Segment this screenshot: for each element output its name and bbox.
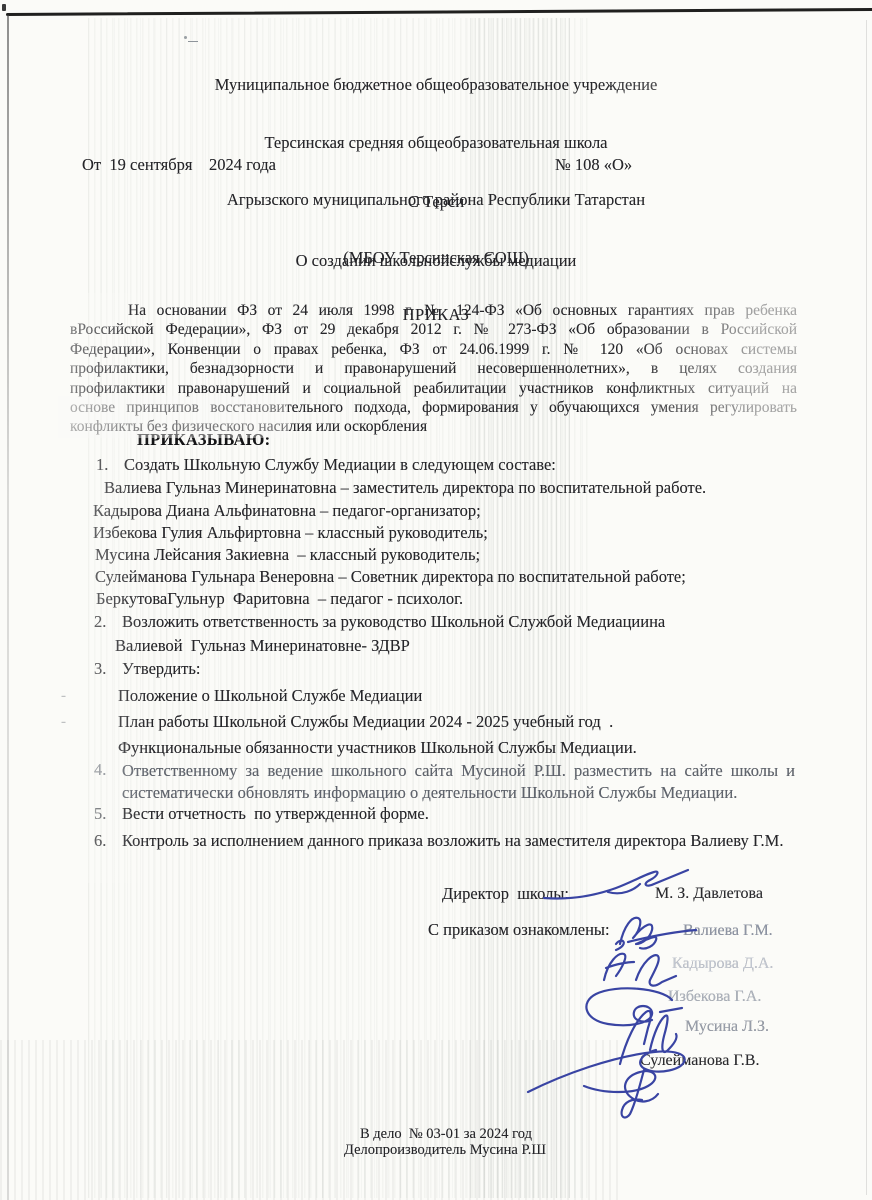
preamble-line: профилактики правонарушений и социальной…: [70, 379, 797, 398]
order-number: № 108 «О»: [555, 155, 632, 175]
item-number: 5.: [94, 804, 122, 824]
order-item-3-sub: Функциональные обязанности участников Шк…: [118, 738, 637, 758]
org-name-line-1: Муниципальное бюджетное общеобразователь…: [0, 74, 872, 96]
item-text: Контроль за исполнением данного приказа …: [122, 831, 783, 850]
order-item-3: 3.Утвердить:: [94, 659, 201, 679]
org-name-line-2: Терсинская средняя общеобразовательная ш…: [0, 132, 872, 154]
order-item-3-sub: Положение о Школьной Службе Медиации: [118, 686, 422, 706]
scan-corner-mark: [2, 4, 6, 11]
item-text: Создать Школьную Службу Медиации в следу…: [124, 455, 556, 474]
member-line: Избекова Гулия Альфиртовна – классный ру…: [93, 523, 488, 543]
member-line: Сулейманова Гульнара Венеровна – Советни…: [95, 567, 686, 587]
preamble-line: основе принципов восстановительного подх…: [70, 398, 797, 417]
order-item-4-number: 4.: [94, 760, 106, 780]
date-line: От 19 сентября 2024 года: [82, 155, 276, 175]
scanned-order-document: Муниципальное бюджетное общеобразователь…: [0, 0, 872, 1200]
member-line: Валиева Гульназ Минеринатовна – заместит…: [104, 478, 706, 498]
scan-left-edge-line: [7, 15, 9, 1200]
margin-dash: -: [61, 688, 66, 705]
order-item-2-sub: Валиевой Гульназ Минеринатовне- ЗДВР: [115, 636, 410, 656]
case-file-note: В дело № 03-01 за 2024 год: [360, 1126, 532, 1143]
margin-dash: -: [61, 714, 66, 731]
preamble-paragraph: На основании ФЗ от 24 июля 1998 г. № 124…: [70, 301, 797, 437]
member-line: Мусина Лейсания Закиевна – классный руко…: [95, 545, 480, 565]
place-line: С Терси: [0, 192, 872, 212]
item-text: Ответственному за ведение школьного сайт…: [122, 760, 795, 782]
preamble-line: вРоссийской Федерации», ФЗ от 29 декабря…: [70, 320, 797, 339]
item-text: Возложить ответственность за руководство…: [122, 612, 665, 631]
acknowledged-label: С приказом ознакомлены:: [428, 920, 610, 940]
director-signature-ink: [542, 864, 692, 908]
order-item-5: 5.Вести отчетность по утвержденной форме…: [94, 804, 429, 824]
item-text: систематически обновлять информацию о де…: [122, 782, 795, 804]
preamble-line: профилактики, безнадзорности и правонару…: [70, 359, 797, 378]
order-item-2: 2.Возложить ответственность за руководст…: [94, 612, 665, 632]
item-text: Утвердить:: [122, 659, 201, 678]
order-item-4: Ответственному за ведение школьного сайт…: [122, 760, 795, 803]
item-number: 1.: [96, 455, 124, 475]
item-text: Вести отчетность по утвержденной форме.: [122, 804, 429, 823]
preamble-line: Федерации», Конвенции о правах ребенка, …: [70, 340, 797, 359]
item-number: 2.: [94, 612, 122, 632]
scan-right-edge-line: [866, 20, 867, 1195]
item-number: 3.: [94, 659, 122, 679]
order-item-1: 1.Создать Школьную Службу Медиации в сле…: [96, 455, 556, 475]
suleymanova-signature-ink: [524, 1034, 728, 1126]
member-line: БеркутоваГульнур Фаритовна – педагог - п…: [96, 589, 463, 609]
scan-top-edge-line: [6, 8, 872, 16]
document-title: О создании школьнойслужбы медиации: [0, 251, 872, 271]
member-line: Кадырова Диана Альфинатовна – педагог-ор…: [93, 501, 481, 521]
item-number: 6.: [94, 831, 122, 851]
order-item-3-sub: План работы Школьной Службы Медиации 202…: [118, 712, 613, 732]
clerk-note: Делопроизводитель Мусина Р.Ш: [344, 1142, 546, 1159]
order-item-6: 6.Контроль за исполнением данного приказ…: [94, 831, 783, 851]
preamble-line: На основании ФЗ от 24 июля 1998 г. № 124…: [70, 301, 797, 320]
decree-word: ПРИКАЗЫВАЮ:: [137, 430, 270, 450]
